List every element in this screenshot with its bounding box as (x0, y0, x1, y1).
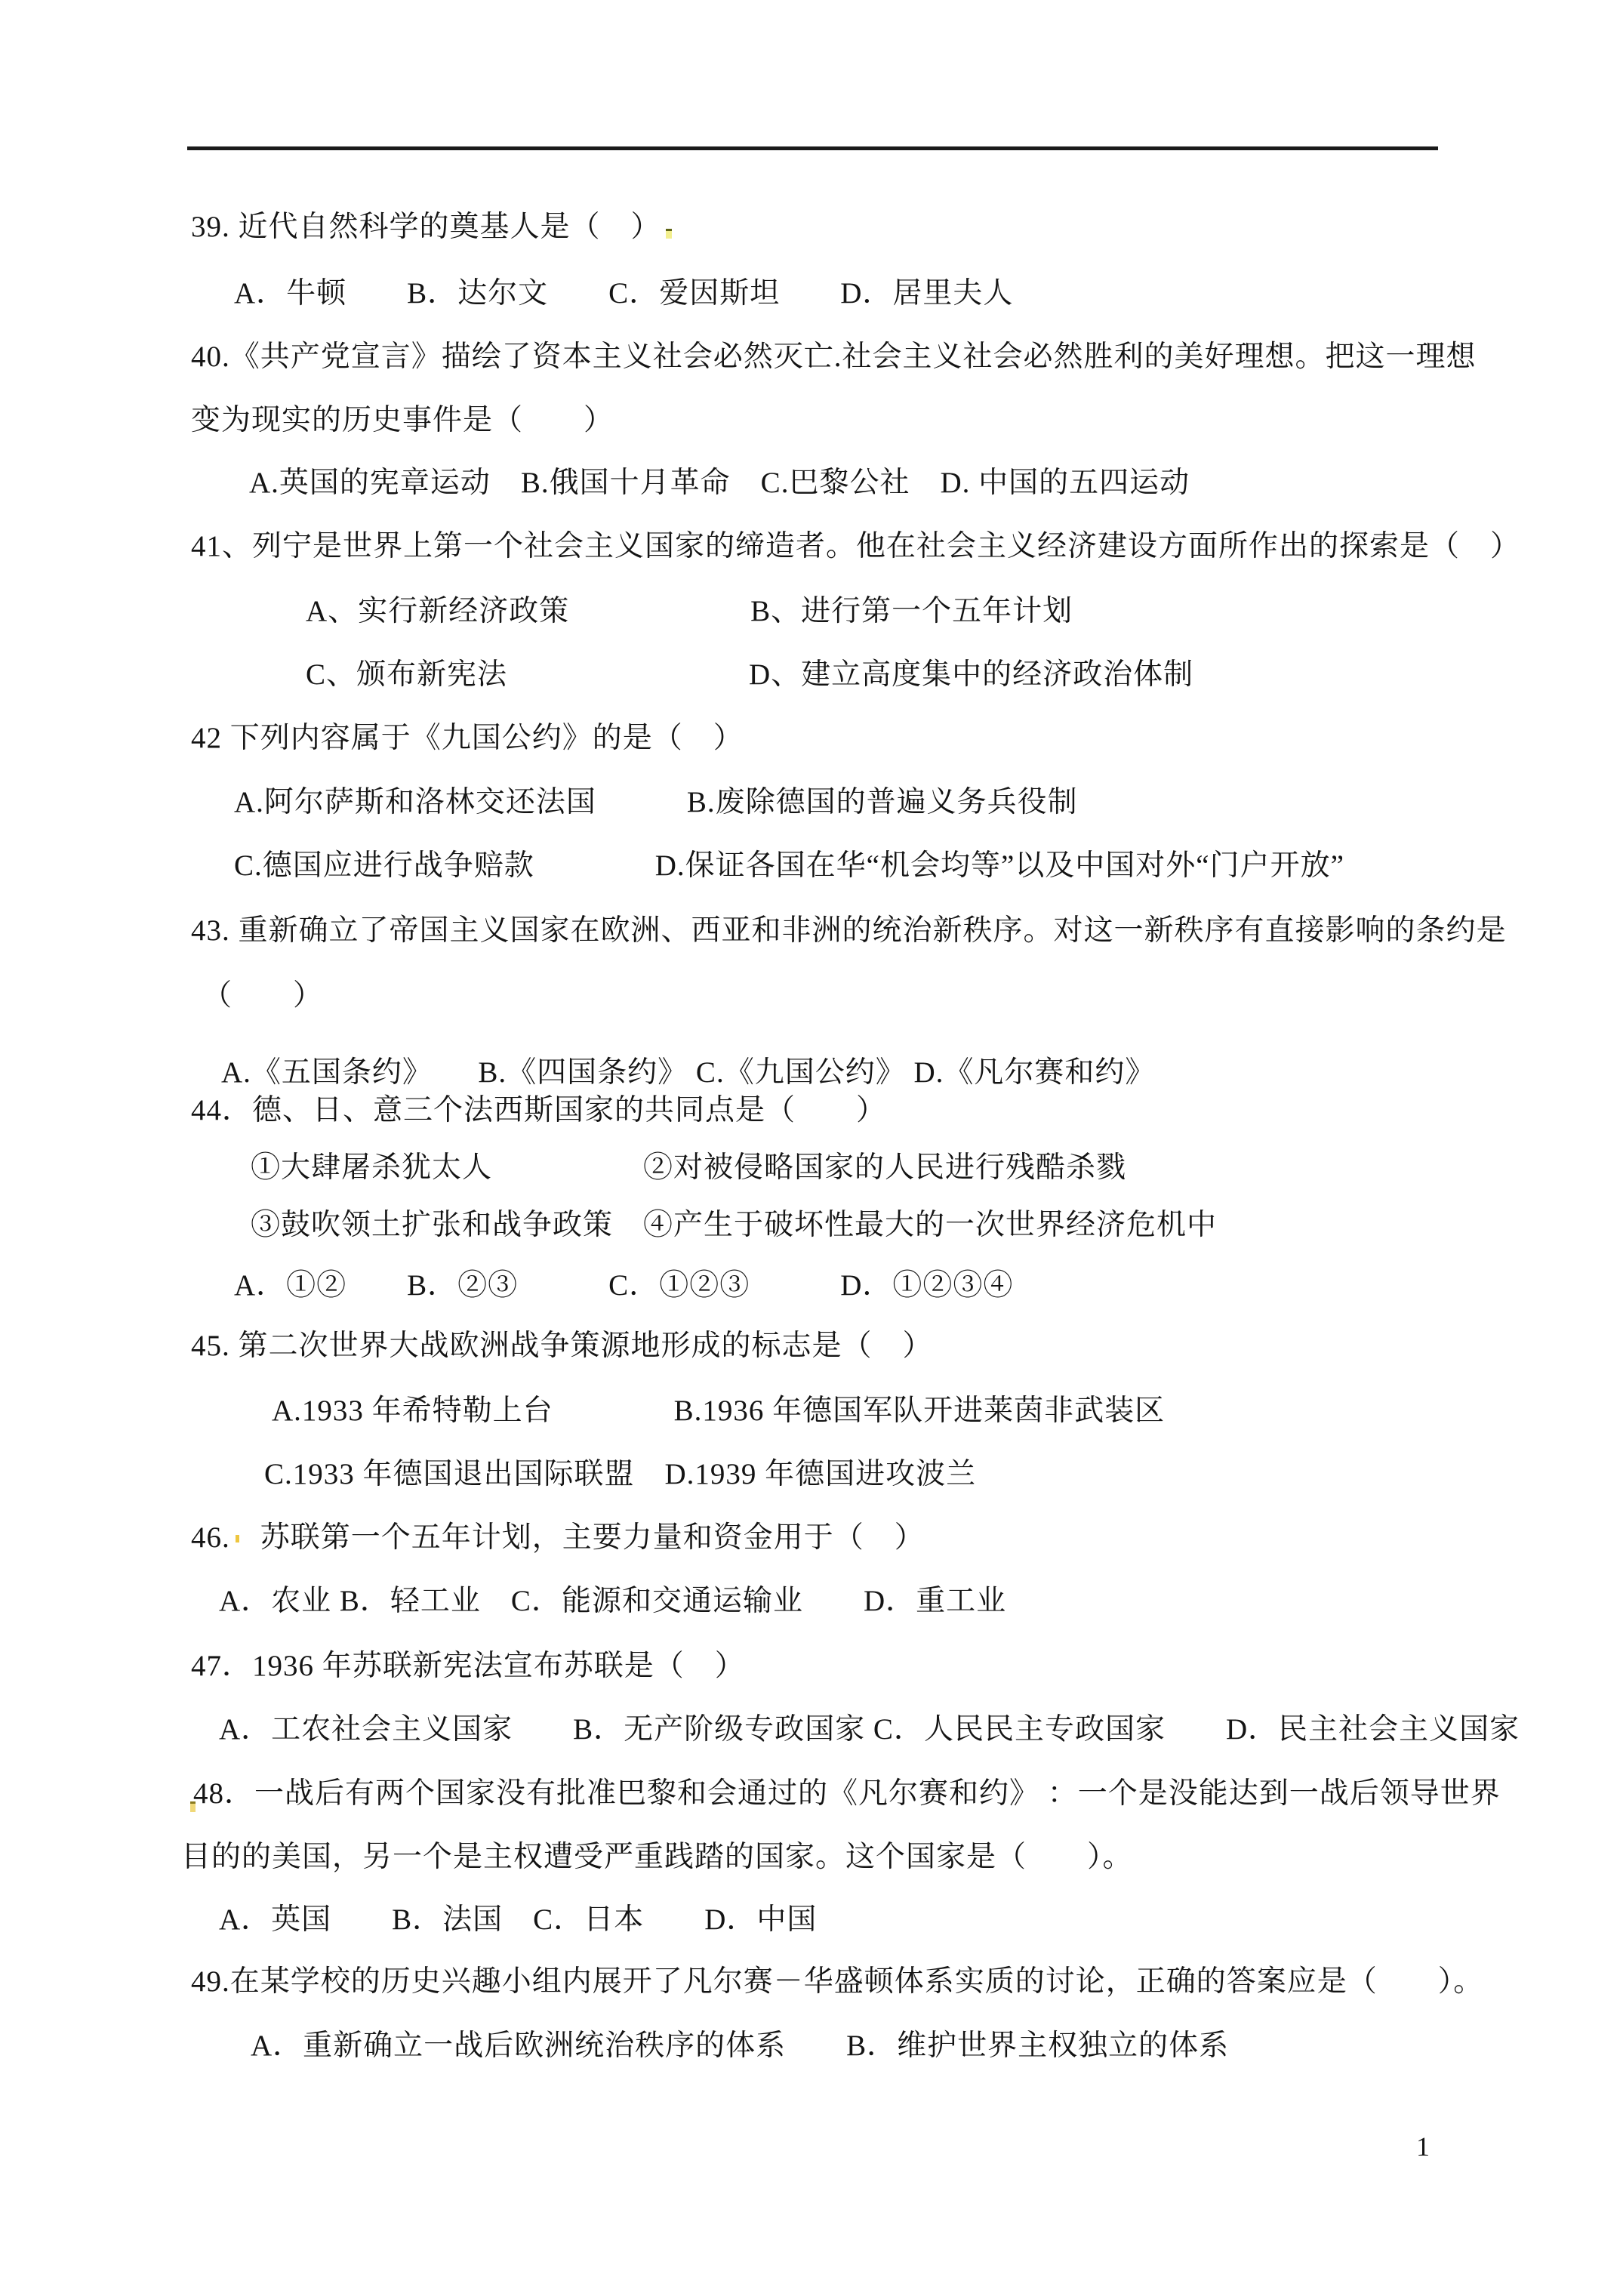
question-39-stem: 39. 近代自然科学的奠基人是（ ） (191, 210, 661, 245)
question-49-stem: 49.在某学校的历史兴趣小组内展开了凡尔赛－华盛顿体系实质的讨论，正确的答案应是… (191, 1965, 1483, 1999)
question-42-options-cd: C.德国应进行战争赔款 D.保证各国在华“机会均等”以及中国对外“门户开放” (234, 849, 1344, 883)
question-48-stem-line2: 目的的美国，另一个是主权遭受严重践踏的国家。这个国家是（ ）。 (181, 1840, 1133, 1875)
question-39-options: A．牛顿 B．达尔文 C．爱因斯坦 D．居里夫人 (234, 276, 1013, 311)
highlight-artifact (666, 229, 672, 239)
question-47-options: A．工农社会主义国家 B．无产阶级专政国家 C．人民民主专政国家 D．民主社会主… (219, 1712, 1520, 1747)
question-46-stem: 46. 苏联第一个五年计划，主要力量和资金用于（ ） (191, 1521, 925, 1555)
question-45-stem: 45. 第二次世界大战欧洲战争策源地形成的标志是（ ） (191, 1329, 933, 1364)
question-47-stem: 47．1936 年苏联新宪法宣布苏联是（ ） (191, 1649, 745, 1684)
question-40-options: A.英国的宪章运动 B.俄国十月革命 C.巴黎公社 D. 中国的五四运动 (249, 466, 1190, 501)
question-42-options-ab: A.阿尔萨斯和洛林交还法国 B.废除德国的普遍义务兵役制 (234, 785, 1078, 820)
question-42-stem: 42 下列内容属于《九国公约》的是（ ） (191, 721, 744, 756)
question-44-stem: 44．德、日、意三个法西斯国家的共同点是（ ） (191, 1093, 886, 1128)
question-41-stem: 41、列宁是世界上第一个社会主义国家的缔造者。他在社会主义经济建设方面所作出的探… (191, 529, 1520, 564)
question-44-items-3-4: ③鼓吹领土扩张和战争政策 ④产生于破坏性最大的一次世界经济危机中 (251, 1208, 1217, 1243)
question-44-options: A．①② B．②③ C．①②③ D．①②③④ (234, 1268, 1013, 1303)
question-41-options-cd: C、颁布新宪法 D、建立高度集中的经济政治体制 (306, 658, 1193, 692)
question-40-stem-line2: 变为现实的历史事件是（ ） (191, 403, 614, 438)
question-41-options-ab: A、实行新经济政策 B、进行第一个五年计划 (306, 594, 1073, 629)
question-48-stem-line1: 48．一战后有两个国家没有批准巴黎和会通过的《凡尔赛和约》 ：一个是没能达到一战… (193, 1777, 1501, 1811)
exam-document-page: 39. 近代自然科学的奠基人是（ ） A．牛顿 B．达尔文 C．爱因斯坦 D．居… (0, 0, 1623, 2296)
question-43-stem-line2: （ ） (202, 978, 323, 1013)
question-43-options: A.《五国条约》 B.《四国条约》 C.《九国公约》 D.《凡尔赛和约》 (221, 1056, 1155, 1090)
question-46-options: A．农业 B．轻工业 C．能源和交通运输业 D．重工业 (219, 1584, 1006, 1619)
page-number: 1 (1416, 2131, 1430, 2162)
question-49-options: A．重新确立一战后欧洲统治秩序的体系 B．维护世界主权独立的体系 (251, 2029, 1229, 2063)
question-48-options: A．英国 B．法国 C．日本 D．中国 (219, 1903, 817, 1937)
question-45-options-ab: A.1933 年希特勒上台 B.1936 年德国军队开进莱茵非武装区 (272, 1394, 1165, 1428)
header-rule (187, 146, 1438, 150)
question-43-stem-line1: 43. 重新确立了帝国主义国家在欧洲、西亚和非洲的统治新秩序。对这一新秩序有直接… (191, 914, 1507, 948)
question-44-items-1-2: ①大肆屠杀犹太人 ②对被侵略国家的人民进行残酷杀戮 (251, 1151, 1126, 1185)
question-40-stem-line1: 40.《共产党宣言》描绘了资本主义社会必然灭亡.社会主义社会必然胜利的美好理想。… (191, 340, 1477, 374)
question-45-options-cd: C.1933 年德国退出国际联盟 D.1939 年德国进攻波兰 (264, 1457, 976, 1492)
